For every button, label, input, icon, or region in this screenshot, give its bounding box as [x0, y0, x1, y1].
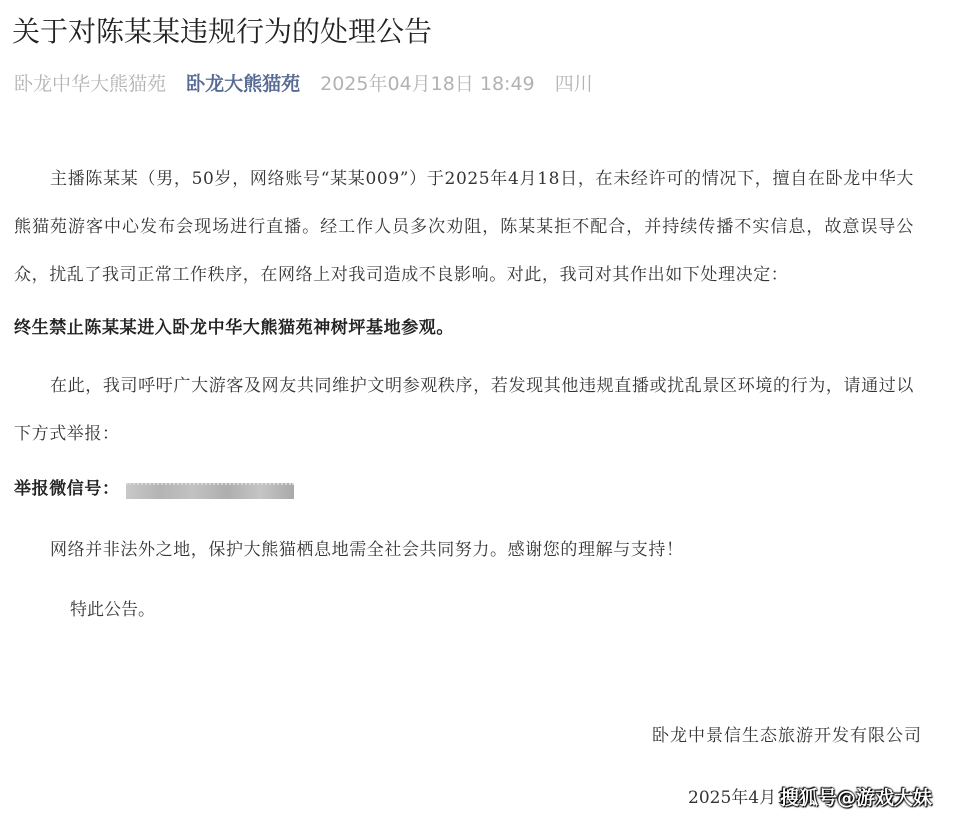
report-wechat-label: 举报微信号：	[14, 465, 120, 513]
decision-statement: 终生禁止陈某某进入卧龙中华大熊猫苑神树坪基地参观。	[14, 304, 454, 352]
account-link[interactable]: 卧龙大熊猫苑	[186, 73, 300, 95]
article-meta: 卧龙中华大熊猫苑 卧龙大熊猫苑 2025年04月18日 18:49 四川	[14, 70, 607, 98]
notice-paragraph-2: 在此，我司呼吁广大游客及网友共同维护文明参观秩序，若发现其他违规直播或扰乱景区环…	[14, 362, 914, 458]
publish-location: 四川	[555, 73, 593, 95]
company-signature: 卧龙中景信生态旅游开发有限公司	[652, 716, 922, 756]
article-title: 关于对陈某某违规行为的处理公告	[12, 12, 432, 52]
publish-datetime: 2025年04月18日 18:49	[320, 73, 535, 95]
source-watermark: 搜狐号@游戏大妹	[780, 780, 932, 816]
report-wechat-line: 举报微信号：	[14, 465, 294, 513]
notice-date: 2025年4月1	[688, 778, 787, 818]
author-name: 卧龙中华大熊猫苑	[14, 73, 166, 95]
notice-paragraph-1: 主播陈某某（男，50岁，网络账号“某某009”）于2025年4月18日，在未经许…	[14, 155, 914, 299]
notice-paragraph-3: 网络并非法外之地，保护大熊猫栖息地需全社会共同努力。感谢您的理解与支持！	[50, 526, 684, 574]
notice-closing: 特此公告。	[70, 586, 155, 634]
redacted-wechat-id	[126, 483, 294, 499]
